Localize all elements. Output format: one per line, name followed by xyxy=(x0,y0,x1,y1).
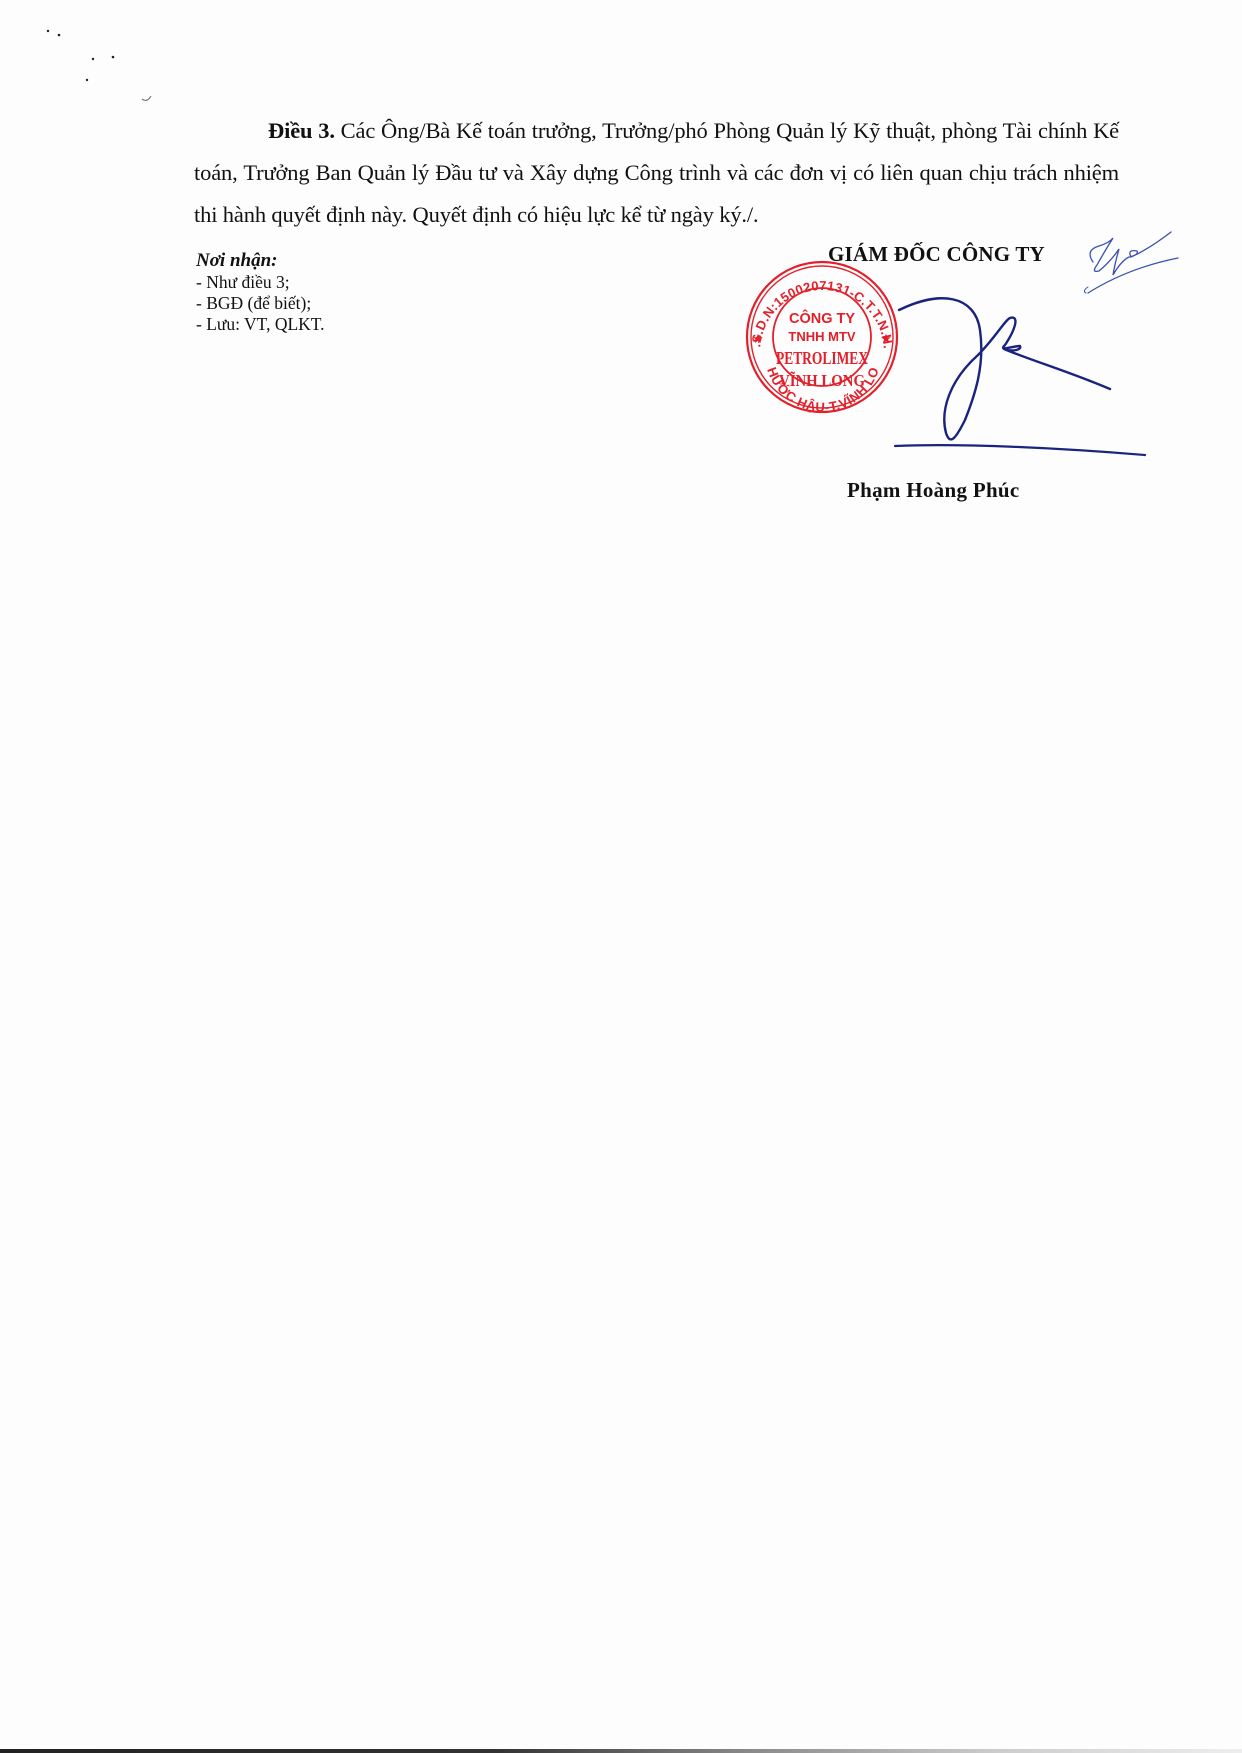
stamp-line-3: PETROLIMEX xyxy=(776,348,868,368)
signature-title: GIÁM ĐỐC CÔNG TY xyxy=(828,242,1045,267)
article-label: Điều 3. xyxy=(268,118,335,143)
director-signature xyxy=(895,298,1145,455)
initial-signature xyxy=(1084,232,1178,293)
star-icon: ★ xyxy=(752,331,764,346)
document-page: Điều 3. Các Ông/Bà Kế toán trưởng, Trưởn… xyxy=(0,0,1242,1753)
scan-bottom-edge xyxy=(0,1749,1242,1753)
stamp-line-4: VĨNH LONG xyxy=(779,371,865,390)
star-icon: ★ xyxy=(880,331,892,346)
stamp-line-1: CÔNG TY xyxy=(789,309,855,327)
signer-name: Phạm Hoàng Phúc xyxy=(847,478,1020,503)
recipient-item: - Như điều 3; xyxy=(196,272,325,293)
stamp-line-2: TNHH MTV xyxy=(788,329,855,344)
article-3-paragraph: Điều 3. Các Ông/Bà Kế toán trưởng, Trưởn… xyxy=(194,110,1119,236)
recipient-item: - BGĐ (để biết); xyxy=(196,293,325,314)
recipient-item: - Lưu: VT, QLKT. xyxy=(196,314,325,335)
recipients-block: Nơi nhận: - Như điều 3; - BGĐ (để biết);… xyxy=(196,250,325,335)
scan-specks xyxy=(0,0,200,120)
stamp-and-signature-layer: M.S.D.N:1500207131-C.T.T.N.H.H P.PHƯỚC H… xyxy=(0,0,1242,1753)
recipients-title: Nơi nhận: xyxy=(196,250,325,271)
